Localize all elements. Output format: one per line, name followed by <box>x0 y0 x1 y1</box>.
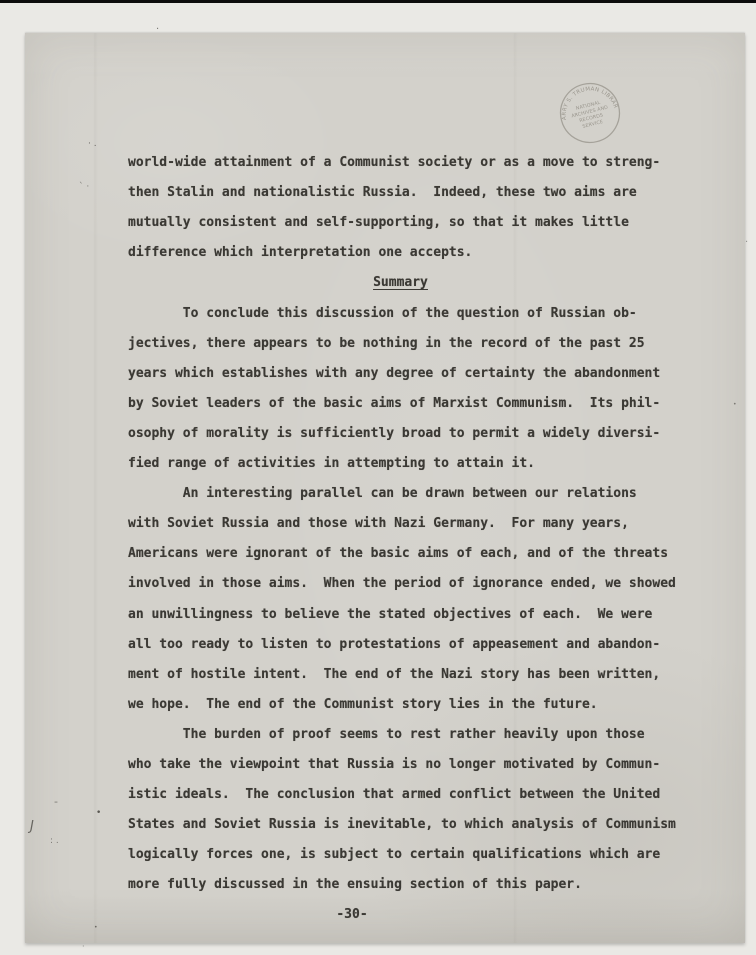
text-line: more fully discussed in the ensuing sect… <box>128 876 673 896</box>
page-number: -30- <box>297 907 407 927</box>
scanned-document-page: { "document": { "heading": "Summary", "b… <box>0 0 756 955</box>
text-line: To conclude this discussion of the quest… <box>128 305 673 325</box>
paper-sheet: HARRY S. TRUMAN LIBRARY NATIONAL ARCHIVE… <box>25 33 745 943</box>
pencil-mark: • <box>94 925 98 931</box>
text-line: istic ideals. The conclusion that armed … <box>128 786 673 806</box>
text-line: fied range of activities in attempting t… <box>128 455 673 475</box>
pencil-mark: - <box>54 796 58 807</box>
text-line: An interesting parallel can be drawn bet… <box>128 485 673 505</box>
summary-heading: Summary <box>128 274 673 294</box>
text-line: osophy of morality is sufficiently broad… <box>128 425 673 445</box>
text-line: mutually consistent and self-supporting,… <box>128 214 673 234</box>
pencil-mark: · <box>745 238 748 248</box>
text-line: world-wide attainment of a Communist soc… <box>128 154 673 174</box>
pencil-mark: • <box>733 402 737 408</box>
text-line: with Soviet Russia and those with Nazi G… <box>128 515 673 535</box>
text-line: The burden of proof seems to rest rather… <box>128 726 673 746</box>
pencil-mark: ` · <box>79 183 89 192</box>
pencil-mark: · <box>82 943 85 951</box>
pencil-mark: • <box>96 809 101 818</box>
text-line: Americans were ignorant of the basic aim… <box>128 545 673 565</box>
pencil-mark: . <box>156 22 159 32</box>
text-line: logically forces one, is subject to cert… <box>128 846 673 866</box>
text-line: States and Soviet Russia is inevitable, … <box>128 816 673 836</box>
text-line: ment of hostile intent. The end of the N… <box>128 666 673 686</box>
pencil-mark: : . <box>50 837 59 846</box>
text-line: all too ready to listen to protestations… <box>128 636 673 656</box>
pencil-mark: · . <box>88 140 97 149</box>
text-line: we hope. The end of the Communist story … <box>128 696 673 716</box>
text-line: who take the viewpoint that Russia is no… <box>128 756 673 776</box>
text-line: difference which interpretation one acce… <box>128 244 673 264</box>
pencil-mark: J <box>30 820 34 833</box>
stamp-circle-icon: HARRY S. TRUMAN LIBRARY NATIONAL ARCHIVE… <box>551 72 630 153</box>
text-line: by Soviet leaders of the basic aims of M… <box>128 395 673 415</box>
text-line: involved in those aims. When the period … <box>128 575 673 595</box>
text-line: years which establishes with any degree … <box>128 365 673 385</box>
text-line: then Stalin and nationalistic Russia. In… <box>128 184 673 204</box>
archive-stamp: HARRY S. TRUMAN LIBRARY NATIONAL ARCHIVE… <box>551 72 630 153</box>
text-line: an unwillingness to believe the stated o… <box>128 606 673 626</box>
scan-edge-bar <box>0 0 756 3</box>
text-line: jectives, there appears to be nothing in… <box>128 335 673 355</box>
